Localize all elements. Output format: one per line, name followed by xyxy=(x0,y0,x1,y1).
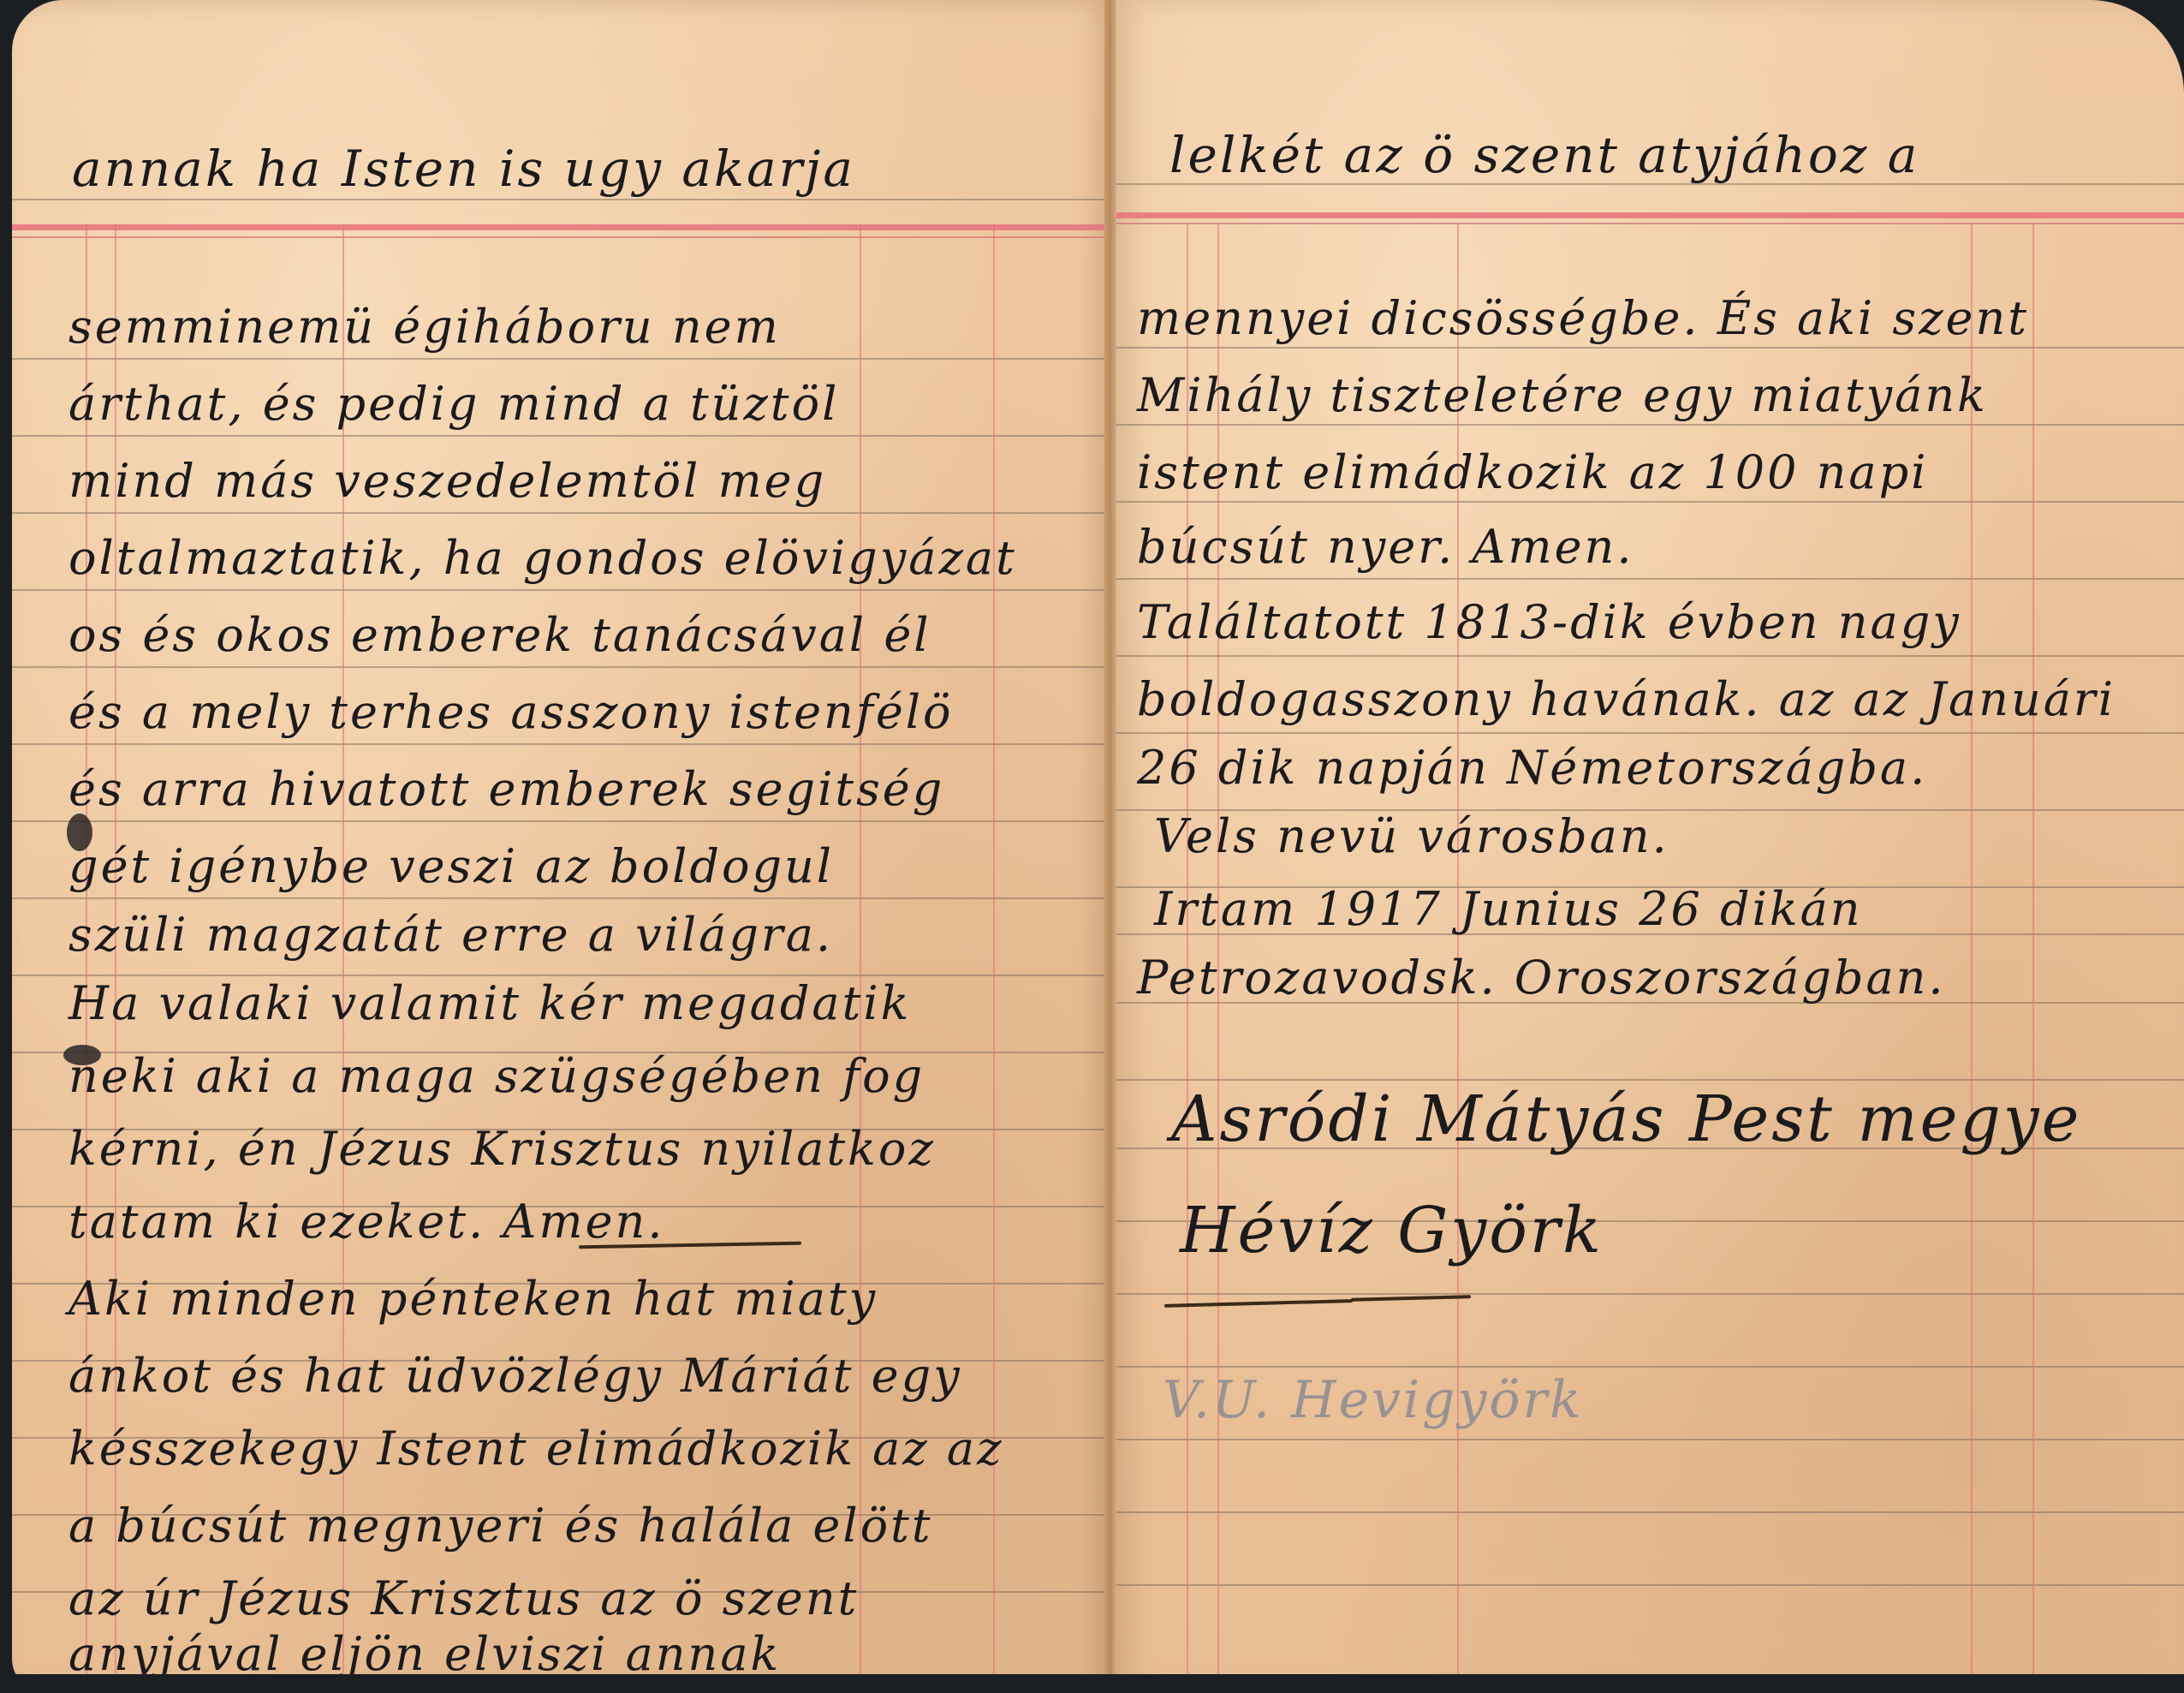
ruled-line xyxy=(12,589,1113,591)
text-line: az úr Jézus Krisztus az ö szent xyxy=(68,1576,859,1622)
left-notebook-page: annak ha Isten is ugy akarja semminemü é… xyxy=(12,0,1113,1693)
ruled-line xyxy=(1111,1511,2184,1513)
text-line: tatam ki ezeket. Amen. xyxy=(68,1199,665,1245)
text-line: és a mely terhes asszony istenfélö xyxy=(68,689,954,736)
text-line: anyjával eljön elviszi annak xyxy=(68,1631,781,1678)
text-line: oltalmaztatik, ha gondos elövigyázat xyxy=(68,535,1017,581)
text-line: késszekegy Istent elimádkozik az az xyxy=(68,1426,1004,1472)
text-line: mind más veszedelemtöl meg xyxy=(68,458,826,504)
ruled-line xyxy=(12,199,1113,200)
ruled-line xyxy=(1111,1293,2184,1295)
ruled-line xyxy=(1111,347,2184,349)
page-bottom-edge xyxy=(0,1674,2184,1693)
text-line: 26 dik napján Németországba. xyxy=(1137,745,1927,791)
ruled-line xyxy=(12,512,1113,514)
right-notebook-page: lelkét az ö szent atyjához a mennyei dic… xyxy=(1111,0,2184,1693)
signature-place-line: Hévíz Györk xyxy=(1180,1199,1604,1262)
ruled-line xyxy=(1111,1439,2184,1440)
text-line: os és okos emberek tanácsával él xyxy=(68,612,931,659)
text-line: Ha valaki valamit kér megadatik xyxy=(68,981,911,1027)
red-header-rule-thin xyxy=(12,236,1113,238)
text-line: kérni, én Jézus Krisztus nyilatkoz xyxy=(68,1126,936,1172)
ink-blot xyxy=(63,1045,101,1065)
ruled-line xyxy=(12,897,1113,899)
text-line: Mihály tiszteletére egy miatyánk xyxy=(1137,373,1988,419)
text-line: Irtam 1917 Junius 26 dikán xyxy=(1154,886,1863,933)
ruled-line xyxy=(12,358,1113,360)
ruled-line xyxy=(1111,1079,2184,1081)
red-header-rule xyxy=(12,224,1113,230)
signature-underline xyxy=(1351,1295,1471,1302)
text-line: a búcsút megnyeri és halála elött xyxy=(68,1503,933,1549)
ruled-line xyxy=(12,743,1113,745)
red-header-rule xyxy=(1111,212,2184,218)
red-header-rule-thin xyxy=(1111,223,2184,224)
left-header-text: annak ha Isten is ugy akarja xyxy=(72,144,855,194)
signature-underline xyxy=(1164,1299,1353,1308)
ink-blot xyxy=(67,814,92,851)
text-line: ánkot és hat üdvözlégy Máriát egy xyxy=(68,1353,962,1399)
margin-line xyxy=(2032,224,2034,1693)
text-line: neki aki a maga szügségében fog xyxy=(68,1053,925,1100)
ruled-line xyxy=(1111,1366,2184,1368)
margin-line xyxy=(1971,224,1973,1693)
text-line: istent elimádkozik az 100 napi xyxy=(1137,450,1928,496)
text-line: Petrozavodsk. Oroszországban. xyxy=(1137,955,1946,1001)
ruled-line xyxy=(12,435,1113,437)
text-line: Találtatott 1813-dik évben nagy xyxy=(1137,599,1961,646)
text-line: Vels nevü városban. xyxy=(1154,814,1669,860)
ruled-line xyxy=(1111,578,2184,580)
pencil-note: V.U. Hevigyörk xyxy=(1163,1374,1584,1426)
ruled-line xyxy=(1111,732,2184,734)
text-line: és arra hivatott emberek segitség xyxy=(68,766,944,813)
ruled-line xyxy=(12,666,1113,668)
text-line: szüli magzatát erre a világra. xyxy=(68,912,833,958)
text-line: gét igénybe veszi az boldogul xyxy=(68,844,834,890)
ruled-line xyxy=(12,820,1113,822)
ruled-line xyxy=(1111,655,2184,657)
right-header-text: lelkét az ö szent atyjához a xyxy=(1169,130,1919,180)
text-line: Aki minden pénteken hat miaty xyxy=(68,1276,878,1322)
text-line: búcsút nyer. Amen. xyxy=(1137,524,1634,570)
text-line: mennyei dicsösségbe. És aki szent xyxy=(1137,295,2029,342)
book-gutter xyxy=(1104,0,1116,1693)
text-line: semminemü égiháboru nem xyxy=(68,304,781,350)
signature-name-line: Asródi Mátyás Pest megye xyxy=(1171,1088,2081,1151)
ruled-line xyxy=(1111,424,2184,426)
ruled-line xyxy=(1111,501,2184,503)
text-line: árthat, és pedig mind a tüztöl xyxy=(68,381,839,427)
text-line: boldogasszony havának. az az Januári xyxy=(1137,677,2116,723)
ruled-line xyxy=(1111,1584,2184,1586)
